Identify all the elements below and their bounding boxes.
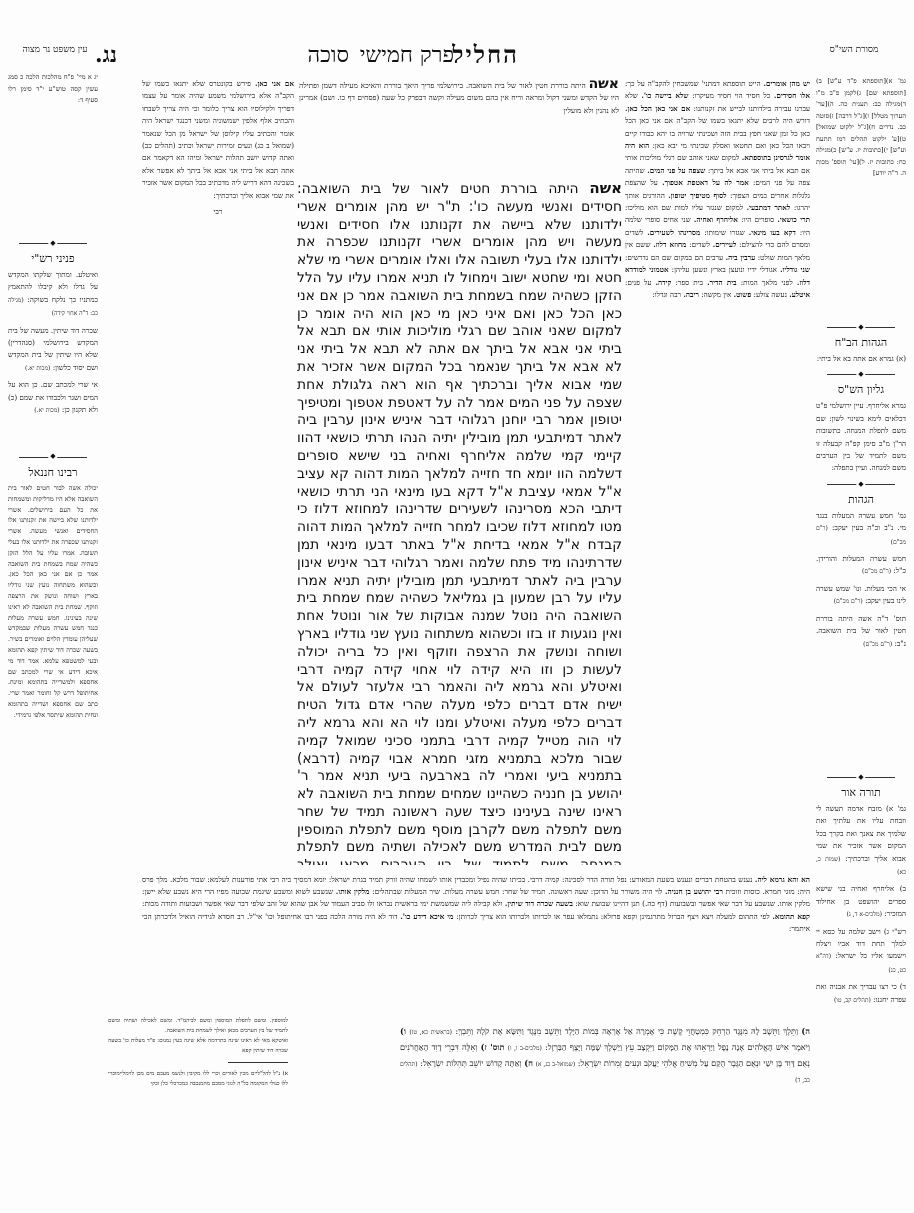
- ein-mishpat-text: יג א מיי' פ"ח מהלכות הלכה כ סמג עשין קסה…: [8, 72, 98, 107]
- pninei-rashi-column: פניני רש"י ואיטלע. ומתוך שלקתו המקדש על …: [8, 236, 98, 436]
- masoret-hashas-label: מסורת השי"ס: [824, 44, 884, 56]
- gemara-lead-word: אשה: [589, 180, 622, 197]
- tosafot-opening-text: היתה בוררת חטין לאור של בית השואבה. בירו…: [299, 81, 619, 115]
- tosafot-opening: אשה היתה בוררת חטין לאור של בית השואבה. …: [299, 78, 619, 174]
- pninei-rashi-item: שכרה דוד שיתין. מעשה של בית המקדש בירושל…: [8, 325, 98, 376]
- daf-number: נג.: [95, 42, 117, 68]
- torah-or-title: תורה אור: [816, 786, 906, 800]
- torah-or-column: תורה אור גמ' א) מזבח אדמה תעשה לי וזבחת …: [816, 770, 906, 1070]
- torah-or-item: גמ' א) מזבח אדמה תעשה לי וזבחת עליו את ע…: [816, 803, 906, 879]
- torah-or-item: ב) אליחרף ואחיה בני שישא ספרים יהושפט בן…: [816, 883, 906, 921]
- tosafot-dibbur-hamatchil: אשה: [589, 78, 619, 92]
- masoret-hashas-text: גמ' א)[תוספתא פ"ד ע"ש] ב)[תוספתא שם] ג)ל…: [816, 76, 906, 180]
- ein-mishpat-label: עין משפט נר מצוה: [20, 44, 90, 56]
- footer-verses: ה) וַתֵּלֶךְ וַתֵּשֶׁב לָהּ מִנֶּגֶד הַר…: [400, 1024, 810, 1088]
- ornament-divider: [8, 452, 98, 462]
- rashi-column: יש מהן אומרים. הייט תוספתא דמתני' שמשבחי…: [625, 78, 810, 978]
- torah-or-item: רש"י ג) וישב שלמה על כסא יי למלך תחת דוד…: [816, 926, 906, 978]
- verse: וַתֵּלֶךְ וַתֵּשֶׁב לָהּ מִנֶּגֶד הַרְחֵ…: [455, 1026, 798, 1036]
- haggahot-item: חמש עשרה המעלות והורידן. כ"ל: (ר"ם מכ"ם): [816, 553, 906, 579]
- footnote-rule: [228, 1062, 288, 1063]
- chapter-label: פרק חמישי: [360, 42, 454, 68]
- rashi-continuation: הא והא גרמא ליה. נענש בהטחת דברים ונענש …: [142, 874, 810, 990]
- ornament-divider: [816, 369, 906, 379]
- tosafot-paragraph: אם אני כאן. פירש בקונטרס שלא יתגאו כשמו …: [142, 78, 294, 202]
- pninei-rashi-item: ואיטלע. ומתוך שלקתו המקדש על גדלו ולא קי…: [8, 269, 98, 321]
- gemara-passage: היתה בוררת חטים לאור של בית השואבה: חסיד…: [297, 181, 622, 393]
- tractate-name: סוכה: [307, 42, 349, 68]
- footer-note: למוספין. ומשם לתפלת המוספין ומשם לביהמ"ד…: [108, 1016, 288, 1036]
- tosafot-column: אם אני כאן. פירש בקונטרס שלא יתגאו כשמו …: [142, 78, 294, 978]
- ornament-divider: [816, 479, 906, 489]
- haggahot-item: אי הכי מעלות. ונו' שמש עשרה לינו בעין יע…: [816, 583, 906, 609]
- talmud-page: מסורת השי"ס החליל פרק חמישי סוכה נג. עין…: [0, 0, 914, 1213]
- haggahot-habach-title: הגהות הב"ח: [816, 336, 906, 350]
- gemara-passage: הוא ראה גלגולת אחת שצפה על פני המים אמר …: [297, 377, 622, 865]
- ornament-divider: [8, 238, 98, 248]
- tosafot-paragraph: רבי: [142, 206, 294, 218]
- haggahot-column: הגהות הב"ח (א) גמרא אם אתה בא אל ביתי: ג…: [816, 320, 906, 760]
- footer-notes: למוספין. ומשם לתפלת המוספין ומשם לביהמ"ד…: [108, 1016, 288, 1089]
- rabbeinu-chananel-text: יכולה אשה לבור חטים לאור בית השואבה אלא …: [8, 483, 98, 721]
- rashi-paragraph: יש מהן אומרים. הייט תוספתא דמתני' שמשבחי…: [625, 78, 810, 301]
- haggahot-item: גמ' חמש עשרה המעלות בנגד מי. נ"ב וכ"ה בע…: [816, 510, 906, 549]
- haggahot-title: הגהות: [816, 493, 906, 507]
- ein-mishpat-column: יג א מיי' פ"ח מהלכות הלכה כ סמג עשין קסה…: [8, 72, 98, 232]
- rabbeinu-chananel-column: רבינו חננאל יכולה אשה לבור חטים לאור בית…: [8, 450, 98, 990]
- pninei-rashi-item: אי שרי למכתב שם. כן הוא על המים ושגר ולכ…: [8, 379, 98, 417]
- haggahot-habach-text: (א) גמרא אם אתה בא אל ביתי:: [816, 353, 906, 365]
- verse: וַיֹּאמֶר אִישׁ הָאֱלֹהִים אָנָה נָפָל ו…: [545, 1042, 810, 1052]
- masoret-hashas-column: גמ' א)[תוספתא פ"ד ע"ש] ב)[תוספתא שם] ג)ל…: [816, 76, 906, 316]
- gilyon-hashas-title: גליון הש"ס: [816, 383, 906, 397]
- footer-note: ואיטקא מאי לא ראינו שינה בתרדמה אלא שינה…: [108, 1036, 288, 1056]
- torah-or-item: ד) כי רצו עבדיך את אבניה ואת עפרה יחננו:…: [816, 981, 906, 1007]
- gilyon-hashas-text: גמרא אליחרף. עיין ירושלמי פ"ט דכלאים לימ…: [816, 400, 906, 474]
- verse: וְאַתָּה קָדוֹשׁ יוֹשֵׁב תְּהִלּוֹת יִשְ…: [420, 1058, 521, 1068]
- pninei-rashi-title: פניני רש"י: [8, 252, 98, 266]
- rabbeinu-chananel-title: רבינו חננאל: [8, 466, 98, 480]
- page-header: מסורת השי"ס החליל פרק חמישי סוכה נג. עין…: [0, 22, 914, 66]
- ornament-divider: [816, 322, 906, 332]
- perek-title: החליל: [452, 40, 519, 70]
- footnote: א) נ"ל להל"ליים מכין לאורים וכרי ללו מקי…: [108, 1069, 288, 1089]
- haggahot-item: תוס' ד"ה אשה היתה בוררת חטין לאור של בית…: [816, 613, 906, 651]
- ornament-divider: [816, 772, 906, 782]
- gemara-text: אשה היתה בוררת חטים לאור של בית השואבה: …: [297, 180, 622, 865]
